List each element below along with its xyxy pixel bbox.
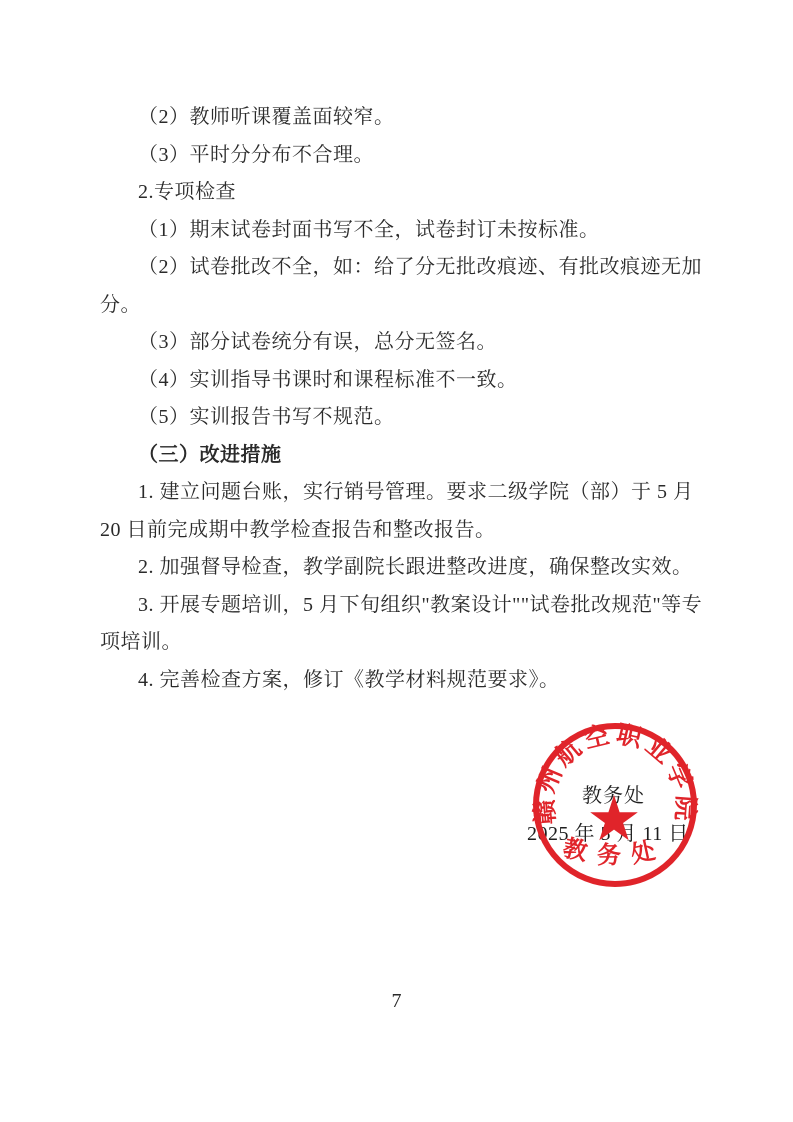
text-line: 3. 开展专题培训，5 月下旬组织"教案设计""试卷批改规范"等专 [100,587,700,625]
text-line: （3）部分试卷统分有误，总分无签名。 [100,324,700,362]
document-page: （2）教师听课覆盖面较窄。 （3）平时分分布不合理。 2.专项检查 （1）期末试… [0,0,793,1122]
seal-star-icon [590,795,638,840]
page-number: 7 [0,990,793,1013]
official-seal: 赣州航空职业学院 教务处 [530,721,700,891]
text-line: （2）试卷批改不全，如：给了分无批改痕迹、有批改痕迹无加 [100,249,700,287]
section-heading: （三）改进措施 [100,437,700,475]
text-line: 2. 加强督导检查，教学副院长跟进整改进度，确保整改实效。 [100,549,700,587]
text-line: 分。 [100,287,700,325]
seal-department-text: 教务处 [560,835,669,869]
document-body: （2）教师听课覆盖面较窄。 （3）平时分分布不合理。 2.专项检查 （1）期末试… [100,99,700,699]
text-line: 1. 建立问题台账，实行销号管理。要求二级学院（部）于 5 月 [100,474,700,512]
text-line: 2.专项检查 [100,174,700,212]
text-line: （4）实训指导书课时和课程标准不一致。 [100,362,700,400]
text-line: （3）平时分分布不合理。 [100,137,700,175]
text-line: （1）期末试卷封面书写不全，试卷封订未按标准。 [100,212,700,250]
text-line: 项培训。 [100,624,700,662]
text-line: 20 日前完成期中教学检查报告和整改报告。 [100,512,700,550]
text-line: （2）教师听课覆盖面较窄。 [100,99,700,137]
text-line: 4. 完善检查方案，修订《教学材料规范要求》。 [100,662,700,700]
text-line: （5）实训报告书写不规范。 [100,399,700,437]
